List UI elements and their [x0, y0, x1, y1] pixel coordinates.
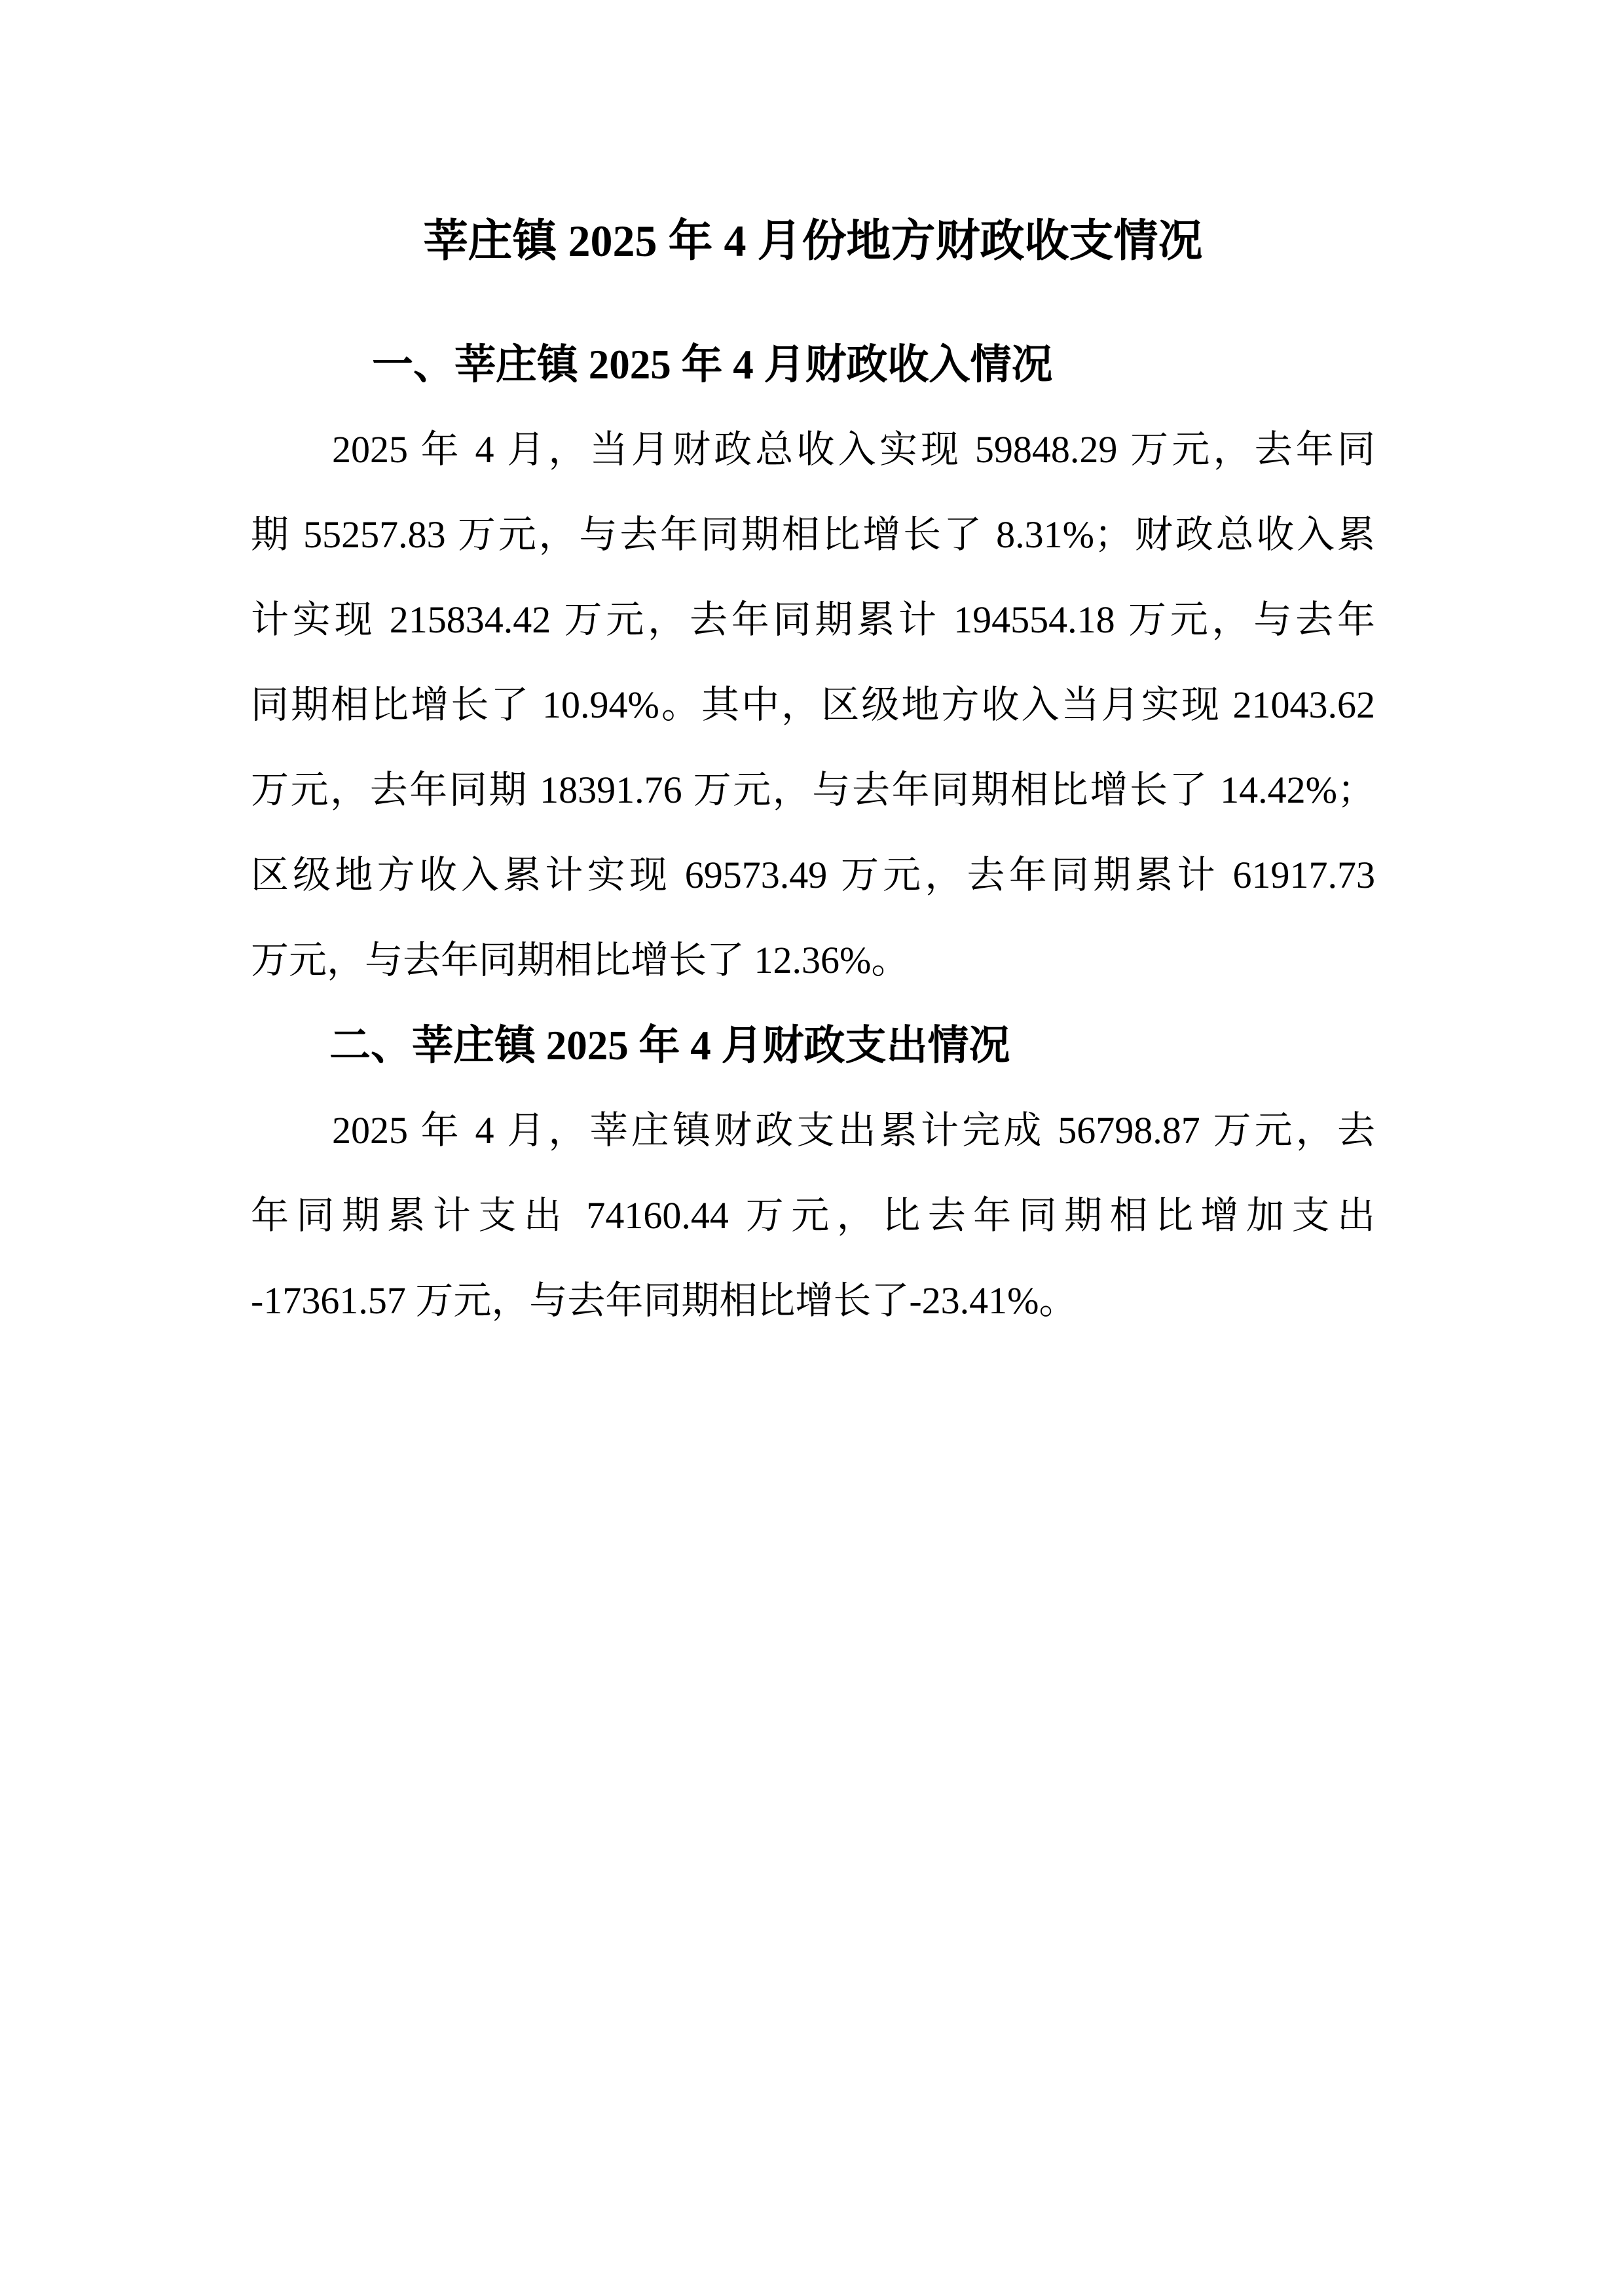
section-1-heading: 一、莘庄镇 2025 年 4 月财政收入情况 [251, 322, 1375, 407]
document-title: 莘庄镇 2025 年 4 月份地方财政收支情况 [251, 196, 1375, 285]
text-line: 同期相比增长了 10.94%。其中，区级地方收入当月实现 21043.62 [251, 663, 1375, 748]
text-line: 2025 年 4 月，莘庄镇财政支出累计完成 56798.87 万元，去 [251, 1088, 1375, 1173]
text-line: 万元，去年同期 18391.76 万元，与去年同期相比增长了 14.42%； [251, 748, 1375, 833]
text-line: 万元，与去年同期相比增长了 12.36%。 [251, 918, 1375, 1003]
text-line: 年同期累计支出 74160.44 万元，比去年同期相比增加支出 [251, 1173, 1375, 1258]
section-2-heading: 二、莘庄镇 2025 年 4 月财政支出情况 [251, 1003, 1375, 1088]
text-line: 计实现 215834.42 万元，去年同期累计 194554.18 万元，与去年 [251, 577, 1375, 663]
document-page: 莘庄镇 2025 年 4 月份地方财政收支情况 一、莘庄镇 2025 年 4 月… [0, 0, 1624, 2296]
text-line: 2025 年 4 月，当月财政总收入实现 59848.29 万元，去年同 [251, 407, 1375, 492]
section-2-paragraph: 2025 年 4 月，莘庄镇财政支出累计完成 56798.87 万元，去年同期累… [251, 1088, 1375, 1343]
section-1-paragraph: 2025 年 4 月，当月财政总收入实现 59848.29 万元，去年同期 55… [251, 407, 1375, 1003]
text-line: -17361.57 万元，与去年同期相比增长了-23.41%。 [251, 1258, 1375, 1343]
text-line: 区级地方收入累计实现 69573.49 万元，去年同期累计 61917.73 [251, 833, 1375, 918]
text-line: 期 55257.83 万元，与去年同期相比增长了 8.31%；财政总收入累 [251, 492, 1375, 577]
